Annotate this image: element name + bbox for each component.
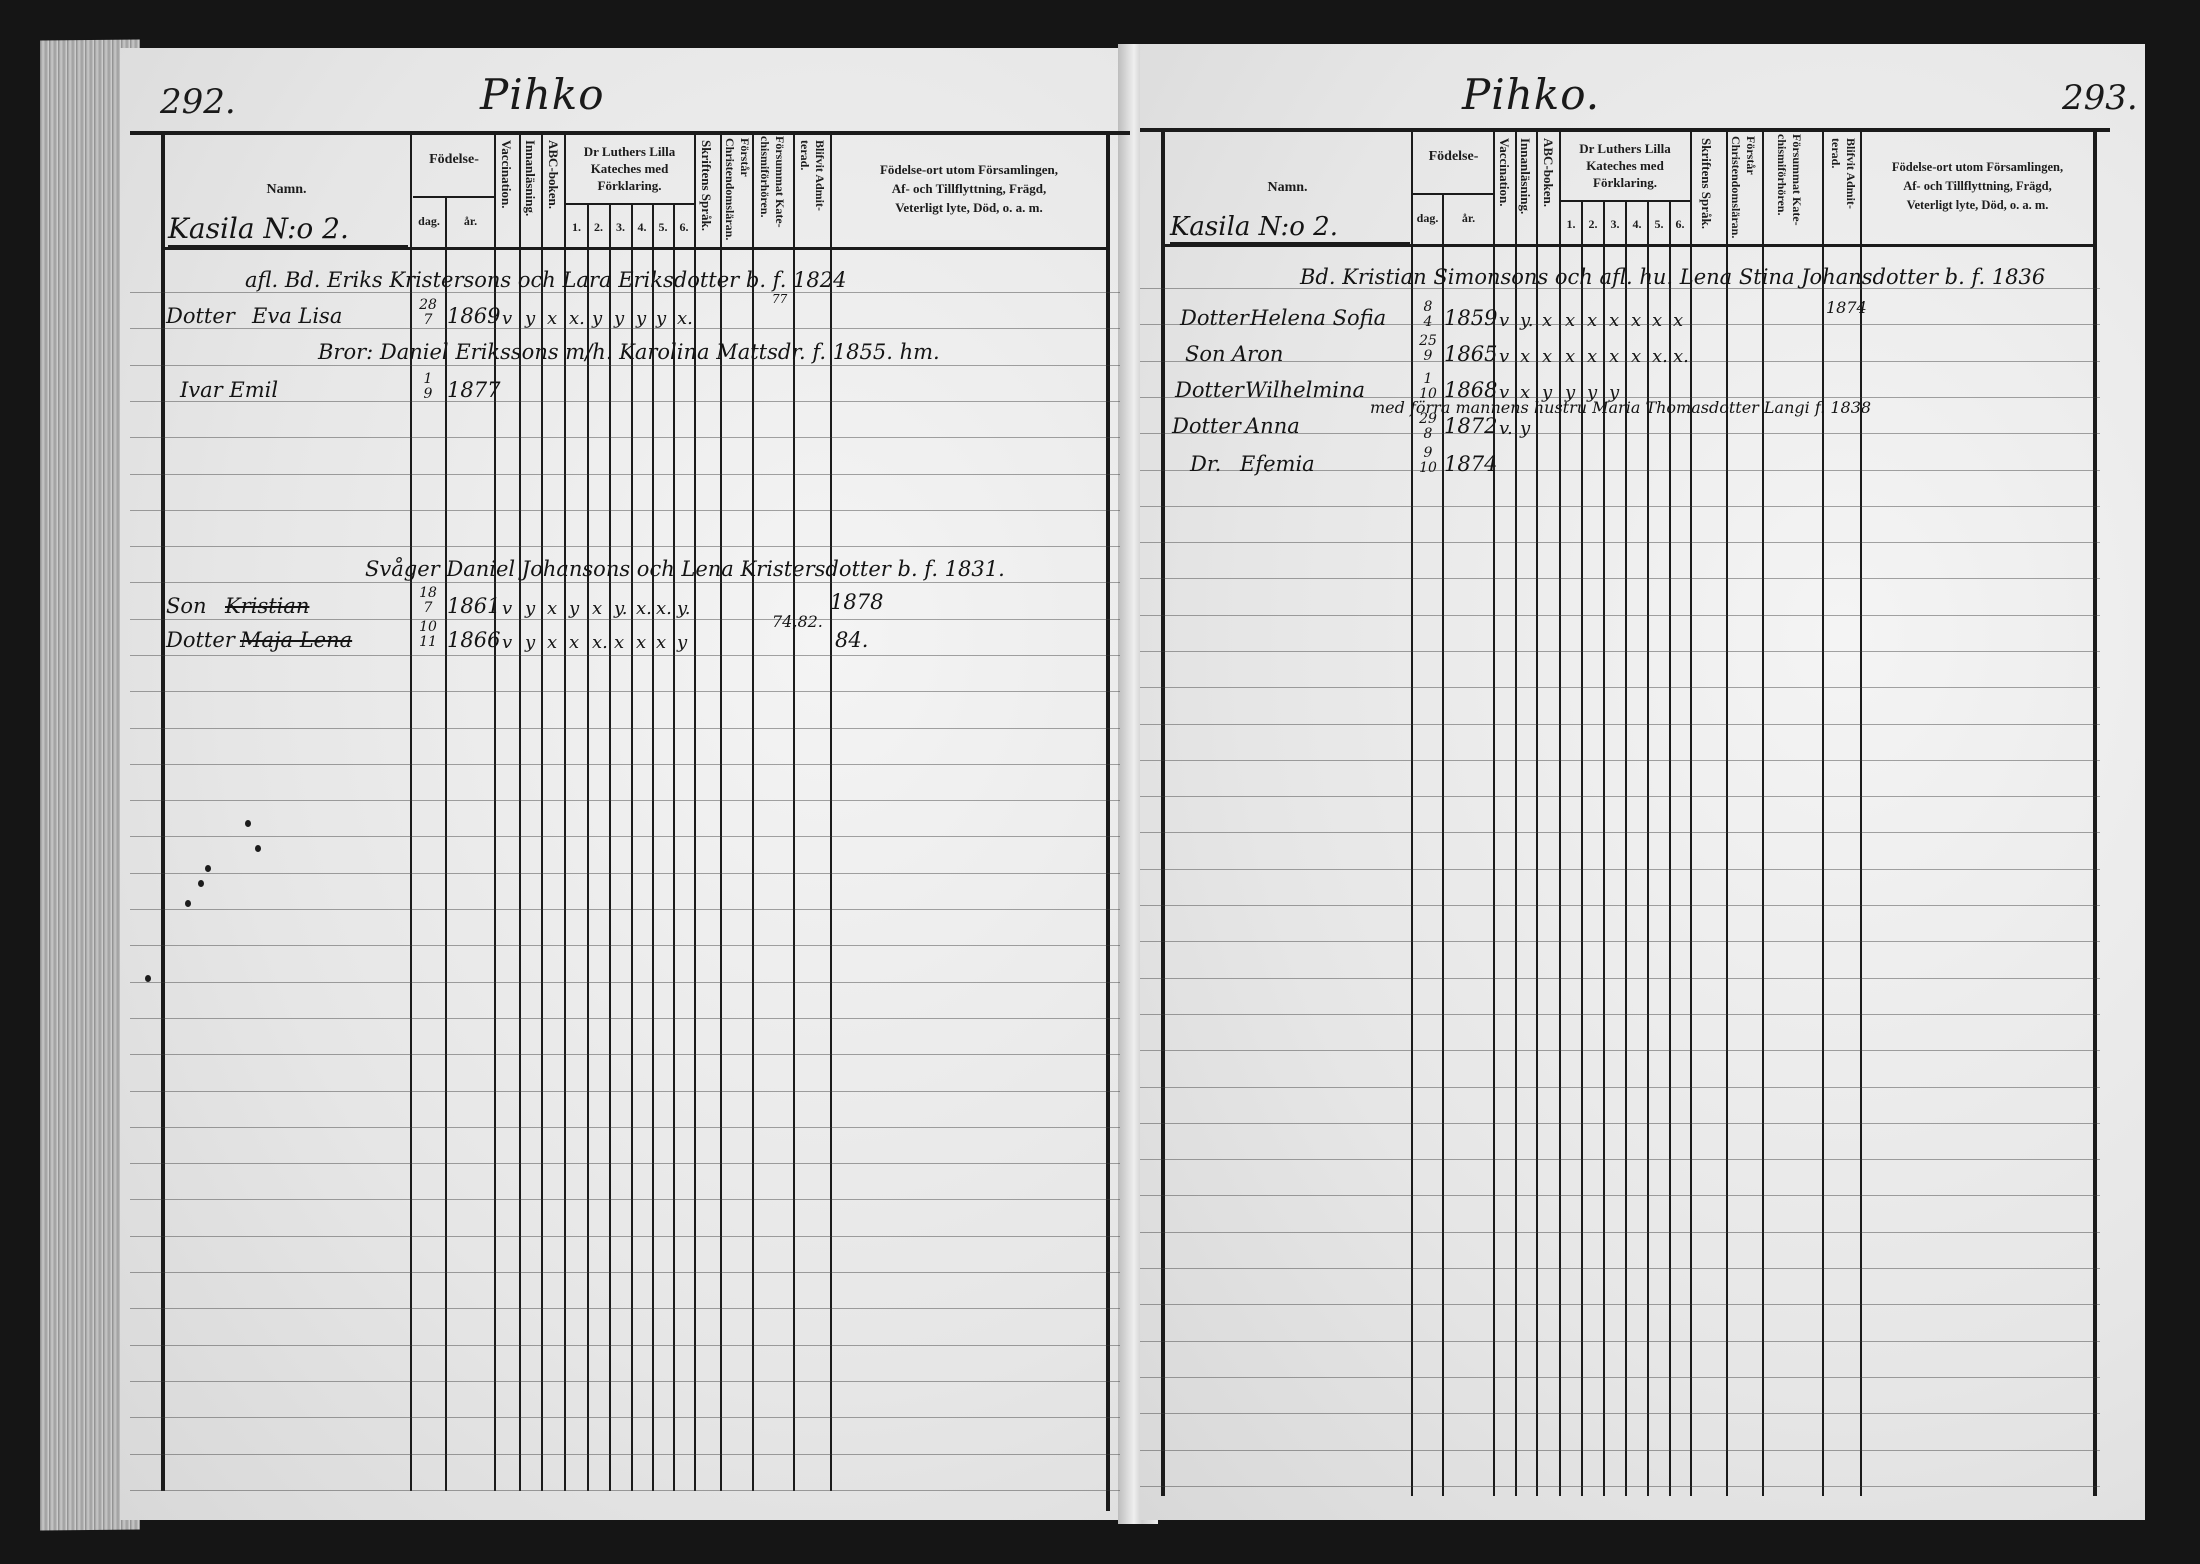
ruled-line bbox=[130, 800, 1120, 801]
entry-admitted: 1874 bbox=[1826, 298, 1867, 317]
ruled-line bbox=[1140, 724, 2100, 725]
column-line bbox=[1860, 128, 1862, 1496]
column-line bbox=[1603, 200, 1605, 1496]
entry-note: med förra mannens hustru Maria Thomasdot… bbox=[1370, 398, 1871, 417]
column-header-admitted: Blifvit Admit- terad. bbox=[1828, 138, 1858, 238]
column-header-cat-1: 1. bbox=[566, 218, 587, 237]
ruled-line bbox=[1140, 542, 2100, 543]
column-line bbox=[1690, 128, 1692, 1496]
column-header-missed: Försummat Kate- chismiförhören. bbox=[757, 136, 787, 244]
entry-birth-day: 287 bbox=[413, 298, 443, 328]
header-top-rule bbox=[130, 131, 1130, 135]
catechism-line-1: Dr Luthers Lilla bbox=[565, 143, 694, 160]
mark-reading: y bbox=[525, 632, 535, 653]
admitted-line-1: Blifvit Admit- bbox=[813, 140, 827, 211]
mark-cat-5: x. bbox=[656, 598, 672, 619]
ruled-line bbox=[1140, 796, 2100, 797]
ruled-line bbox=[1140, 869, 2100, 870]
column-header-abc: ABC-boken. bbox=[1541, 138, 1556, 238]
ruled-line bbox=[130, 1163, 1120, 1164]
column-line bbox=[1106, 131, 1110, 1511]
entry-name: Efemia bbox=[1240, 452, 1315, 476]
missed-line-2: chismiförhören. bbox=[758, 136, 772, 217]
ruled-line bbox=[130, 873, 1120, 874]
column-header-cat-2: 2. bbox=[588, 218, 609, 237]
birth-subheader-rule bbox=[1413, 193, 1494, 195]
ruled-line bbox=[1140, 1304, 2100, 1305]
column-header-cat-6: 6. bbox=[674, 218, 694, 237]
ruled-line bbox=[1140, 941, 2100, 942]
entry-name: Aron bbox=[1232, 342, 1283, 366]
mark-vaccination: v bbox=[502, 632, 512, 653]
mark-cat-5: x bbox=[656, 632, 666, 653]
mark-cat-3: x bbox=[614, 632, 624, 653]
ruled-line bbox=[1140, 1014, 2100, 1015]
admitted-line-2: terad. bbox=[798, 140, 812, 170]
column-line bbox=[2093, 128, 2097, 1496]
entry-relation: Dotter bbox=[1172, 414, 1241, 438]
entry-birth-day: 187 bbox=[413, 586, 443, 616]
column-line bbox=[161, 131, 165, 1491]
ruled-line bbox=[1140, 1268, 2100, 1269]
column-line bbox=[631, 203, 633, 1491]
mark-cat-1: x. bbox=[569, 308, 585, 329]
column-header-cat-5: 5. bbox=[653, 218, 673, 237]
missed-line-2: chismiförhören. bbox=[1775, 134, 1789, 215]
entry-admitted: 1878 bbox=[830, 590, 883, 614]
mark-cat-2: y bbox=[592, 308, 602, 329]
column-header-cat-5: 5. bbox=[1649, 215, 1669, 234]
notes-line-2: Af- och Tillflyttning, Frägd, bbox=[832, 179, 1106, 198]
column-header-reading: Innanläsning. bbox=[523, 140, 538, 240]
ruled-line bbox=[130, 437, 1120, 438]
entry-name: Kristian bbox=[225, 594, 309, 618]
ruled-line bbox=[130, 1018, 1120, 1019]
entry-name: Ivar Emil bbox=[180, 378, 278, 402]
catechism-line-3: Förklaring. bbox=[565, 177, 694, 194]
page-number: 293. bbox=[2062, 78, 2138, 118]
entry-name: Anna bbox=[1245, 414, 1300, 438]
mark-cat-6: y bbox=[677, 632, 687, 653]
ruled-line bbox=[130, 1381, 1120, 1382]
catechism-line-2: Kateches med bbox=[1560, 157, 1690, 174]
column-header-scripture-language: Skriftens Språk. bbox=[1699, 138, 1714, 242]
mark-vaccination: v bbox=[1499, 346, 1509, 367]
mark-reading: y bbox=[525, 598, 535, 619]
entry-relation: Dotter bbox=[166, 628, 235, 652]
ruled-line bbox=[130, 1345, 1120, 1346]
column-header-catechism: Dr Luthers Lilla Kateches med Förklaring… bbox=[1560, 140, 1690, 191]
entry-birth-day: 1011 bbox=[413, 620, 443, 650]
ruled-line bbox=[130, 365, 1120, 366]
ruled-line bbox=[130, 582, 1120, 583]
column-line bbox=[1669, 200, 1671, 1496]
column-line bbox=[1762, 128, 1764, 1496]
entry-relation: Dotter bbox=[1175, 378, 1244, 402]
mark-cat-2: x bbox=[592, 598, 602, 619]
mark-cat-1: y bbox=[569, 598, 579, 619]
mark-abc: x bbox=[547, 308, 557, 329]
column-line bbox=[694, 131, 696, 1491]
ruled-line bbox=[1140, 506, 2100, 507]
column-header-scripture-language: Skriftens Språk. bbox=[699, 140, 714, 244]
column-header-vaccination: Vaccination. bbox=[499, 140, 514, 240]
mark-cat-1: x bbox=[1565, 346, 1575, 367]
notes-line-2: Af- och Tillflyttning, Frägd, bbox=[1862, 177, 2093, 196]
ruled-line bbox=[130, 909, 1120, 910]
ruled-line bbox=[130, 510, 1120, 511]
column-header-name: Namn. bbox=[1164, 178, 1411, 197]
catechism-line-3: Förklaring. bbox=[1560, 174, 1690, 191]
ruled-line bbox=[130, 1199, 1120, 1200]
mark-cat-6: x. bbox=[677, 308, 693, 329]
ruled-line bbox=[130, 474, 1120, 475]
ruled-line bbox=[130, 619, 1120, 620]
header-bottom-rule bbox=[1164, 244, 2094, 247]
column-header-cat-4: 4. bbox=[1627, 215, 1647, 234]
ink-blot bbox=[205, 865, 211, 872]
column-line bbox=[793, 131, 795, 1491]
entry-name: Maja Lena bbox=[240, 628, 352, 652]
column-line bbox=[564, 131, 566, 1491]
column-line bbox=[830, 131, 832, 1491]
column-line bbox=[1625, 200, 1627, 1496]
mark-cat-4: x bbox=[1631, 310, 1641, 331]
ruled-line bbox=[1140, 760, 2100, 761]
column-line bbox=[1726, 128, 1728, 1496]
ruled-line bbox=[1140, 1341, 2100, 1342]
entry-name: Helena Sofia bbox=[1250, 306, 1386, 330]
mark-cat-3: x bbox=[1609, 346, 1619, 367]
admitted-line-2: terad. bbox=[1829, 138, 1843, 168]
admitted-line-1: Blifvit Admit- bbox=[1844, 138, 1858, 209]
column-header-understands: Förstår Christendomsläran. bbox=[1730, 136, 1758, 242]
notes-line-1: Födelse-ort utom Församlingen, bbox=[1862, 158, 2093, 177]
ruled-line bbox=[130, 728, 1120, 729]
entry-name: Wilhelmina bbox=[1245, 378, 1365, 402]
mark-reading: y bbox=[1520, 418, 1530, 439]
column-header-name: Namn. bbox=[163, 180, 410, 199]
column-header-cat-3: 3. bbox=[1605, 215, 1625, 234]
column-line bbox=[1515, 128, 1517, 1496]
mark-abc: x bbox=[1542, 346, 1552, 367]
header-bottom-rule bbox=[163, 247, 1106, 250]
mark-cat-4: x bbox=[636, 632, 646, 653]
ruled-line bbox=[130, 1127, 1120, 1128]
column-line bbox=[1493, 128, 1495, 1496]
mark-cat-3: y bbox=[614, 308, 624, 329]
entry-birth-day: 19 bbox=[413, 372, 443, 402]
column-header-notes: Födelse-ort utom Församlingen, Af- och T… bbox=[1862, 158, 2093, 215]
column-line bbox=[673, 203, 675, 1491]
column-header-catechism: Dr Luthers Lilla Kateches med Förklaring… bbox=[565, 143, 694, 194]
column-header-birth: Födelse- bbox=[413, 150, 495, 169]
column-line bbox=[1822, 128, 1824, 1496]
ruled-line bbox=[1140, 1050, 2100, 1051]
column-line bbox=[1581, 200, 1583, 1496]
column-header-birth: Födelse- bbox=[1413, 147, 1494, 166]
mark-cat-5: x bbox=[1652, 310, 1662, 331]
entry-relation: Son bbox=[1185, 342, 1226, 366]
ruled-line bbox=[1140, 1486, 2100, 1487]
ruled-line bbox=[130, 1308, 1120, 1309]
mark-cat-1: x bbox=[569, 632, 579, 653]
ruled-line bbox=[1140, 615, 2100, 616]
mark-reading: y. bbox=[1520, 310, 1534, 331]
mark-cat-5: y bbox=[656, 308, 666, 329]
entry-birth-year: 1865 bbox=[1444, 342, 1497, 366]
ruled-line bbox=[130, 292, 1120, 293]
entry-birth-year: 1872 bbox=[1444, 414, 1497, 438]
column-line bbox=[720, 131, 722, 1491]
column-header-cat-6: 6. bbox=[1670, 215, 1690, 234]
column-line bbox=[587, 203, 589, 1491]
entry-admitted: 84. bbox=[835, 628, 868, 652]
column-header-notes: Födelse-ort utom Församlingen, Af- och T… bbox=[832, 160, 1106, 217]
ruled-line bbox=[1140, 1450, 2100, 1451]
farm-name: Kasila N:o 2. bbox=[168, 212, 408, 247]
ink-blot bbox=[145, 975, 151, 982]
mark-cat-5: x. bbox=[1652, 346, 1668, 367]
entry-birth-year: 1859 bbox=[1444, 306, 1497, 330]
mark-reading: x bbox=[1520, 346, 1530, 367]
ruled-line bbox=[130, 1236, 1120, 1237]
ink-blot bbox=[198, 880, 204, 887]
column-header-reading: Innanläsning. bbox=[1518, 138, 1533, 238]
column-line bbox=[1559, 128, 1561, 1496]
column-header-year: år. bbox=[1444, 209, 1493, 228]
birth-subheader-rule bbox=[413, 196, 495, 198]
mark-cat-4: y bbox=[636, 308, 646, 329]
column-line bbox=[519, 131, 521, 1491]
ruled-line bbox=[130, 328, 1120, 329]
column-header-day: dag. bbox=[1413, 209, 1442, 228]
notes-line-3: Veterligt lyte, Död, o. a. m. bbox=[1862, 196, 2093, 215]
mark-cat-6: y. bbox=[677, 598, 691, 619]
ruled-line bbox=[1140, 832, 2100, 833]
ruled-line bbox=[1140, 687, 2100, 688]
ruled-line bbox=[130, 764, 1120, 765]
ink-blot bbox=[255, 845, 261, 852]
entry-household-head: afl. Bd. Eriks Kristersons och Lara Erik… bbox=[245, 268, 847, 292]
column-line bbox=[1161, 128, 1165, 1496]
mark-cat-4: x bbox=[1631, 346, 1641, 367]
mark-cat-6: x. bbox=[1673, 346, 1689, 367]
column-header-cat-1: 1. bbox=[1561, 215, 1581, 234]
page-number: 292. bbox=[160, 82, 236, 122]
ruled-line bbox=[130, 836, 1120, 837]
column-header-cat-3: 3. bbox=[610, 218, 631, 237]
entry-relation: Dr. bbox=[1190, 452, 1221, 476]
mark-cat-6: x bbox=[1673, 310, 1683, 331]
mark-reading: y bbox=[525, 308, 535, 329]
entry-name: Eva Lisa bbox=[252, 304, 342, 328]
mark-cat-3: y. bbox=[614, 598, 628, 619]
ruled-line bbox=[1140, 905, 2100, 906]
column-header-understands: Förstår Christendomsläran. bbox=[724, 138, 752, 244]
ruled-line bbox=[1140, 1087, 2100, 1088]
entry-birth-day: 910 bbox=[1413, 446, 1443, 476]
column-line bbox=[652, 203, 654, 1491]
ruled-line bbox=[130, 982, 1120, 983]
ruled-line bbox=[130, 1091, 1120, 1092]
farm-name: Kasila N:o 2. bbox=[1170, 212, 1410, 244]
column-header-admitted: Blifvit Admit- terad. bbox=[797, 140, 827, 240]
header-top-rule bbox=[1140, 128, 2110, 132]
mark-cat-2: x bbox=[1587, 310, 1597, 331]
missed-line-1: Försummat Kate- bbox=[773, 136, 787, 228]
ruled-line bbox=[130, 1490, 1120, 1491]
mark-vaccination: v bbox=[502, 598, 512, 619]
mark-vaccination: v bbox=[502, 308, 512, 329]
entry-household-head: Bd. Kristian Simonsons och afl. hu. Lena… bbox=[1300, 265, 2045, 289]
ruled-line bbox=[1140, 361, 2100, 362]
column-header-day: dag. bbox=[413, 212, 445, 231]
ruled-line bbox=[130, 691, 1120, 692]
entry-household-note: Bror: Daniel Erikssons m/h. Karolina Mat… bbox=[318, 340, 940, 364]
column-line bbox=[752, 131, 754, 1491]
mark-vaccination: v bbox=[1499, 310, 1509, 331]
ruled-line bbox=[130, 1054, 1120, 1055]
mark-abc: x bbox=[1542, 310, 1552, 331]
column-header-year: år. bbox=[447, 212, 494, 231]
mark-cat-4: x. bbox=[636, 598, 652, 619]
ink-blot bbox=[185, 900, 191, 907]
notes-line-1: Födelse-ort utom Församlingen, bbox=[832, 160, 1106, 179]
ink-blot bbox=[245, 820, 251, 827]
entry-annotation: 77 bbox=[772, 292, 787, 306]
column-line bbox=[541, 131, 543, 1491]
column-line bbox=[1647, 200, 1649, 1496]
mark-cat-2: x. bbox=[592, 632, 608, 653]
entry-birth-day: 84 bbox=[1413, 300, 1443, 330]
entry-relation: Son bbox=[166, 594, 207, 618]
entry-birth-year: 1874 bbox=[1444, 452, 1497, 476]
column-line bbox=[1536, 128, 1538, 1496]
ruled-line bbox=[1140, 1377, 2100, 1378]
ruled-line bbox=[1140, 651, 2100, 652]
ruled-line bbox=[1140, 1159, 2100, 1160]
entry-household-head: Svåger Daniel Johansons och Lena Krister… bbox=[365, 557, 1005, 581]
parish-title: Pihko. bbox=[1462, 70, 1600, 119]
entry-birth-year: 1861 bbox=[447, 594, 500, 618]
ruled-line bbox=[1140, 1195, 2100, 1196]
column-header-abc: ABC-boken. bbox=[546, 140, 561, 240]
column-line bbox=[609, 203, 611, 1491]
catechism-line-1: Dr Luthers Lilla bbox=[1560, 140, 1690, 157]
ruled-line bbox=[1140, 1232, 2100, 1233]
column-header-cat-4: 4. bbox=[632, 218, 652, 237]
entry-birth-year: 1869 bbox=[447, 304, 500, 328]
notes-line-3: Veterligt lyte, Död, o. a. m. bbox=[832, 198, 1106, 217]
mark-cat-2: x bbox=[1587, 346, 1597, 367]
ruled-line bbox=[130, 1417, 1120, 1418]
ruled-line bbox=[130, 1272, 1120, 1273]
column-header-cat-2: 2. bbox=[1583, 215, 1603, 234]
entry-missed: 74,82. bbox=[772, 612, 823, 631]
column-line bbox=[410, 131, 412, 1491]
entry-birth-year: 1866 bbox=[447, 628, 500, 652]
mark-abc: x bbox=[547, 632, 557, 653]
ruled-line bbox=[130, 546, 1120, 547]
parish-title: Pihko bbox=[480, 70, 604, 119]
ruled-line bbox=[1140, 578, 2100, 579]
ruled-line bbox=[1140, 1123, 2100, 1124]
ruled-line bbox=[130, 945, 1120, 946]
ruled-line bbox=[130, 1454, 1120, 1455]
missed-line-1: Försummat Kate- bbox=[1790, 134, 1804, 226]
ruled-line bbox=[130, 655, 1120, 656]
ruled-line bbox=[1140, 1413, 2100, 1414]
entry-birth-year: 1877 bbox=[447, 378, 500, 402]
ruled-line bbox=[130, 401, 1120, 402]
entry-relation: Dotter bbox=[1180, 306, 1249, 330]
column-line bbox=[494, 131, 496, 1491]
mark-cat-1: x bbox=[1565, 310, 1575, 331]
column-header-vaccination: Vaccination. bbox=[1497, 138, 1512, 238]
column-header-missed: Försummat Kate- chismiförhören. bbox=[1774, 134, 1804, 242]
mark-cat-3: x bbox=[1609, 310, 1619, 331]
entry-birth-day: 259 bbox=[1413, 334, 1443, 364]
catechism-line-2: Kateches med bbox=[565, 160, 694, 177]
entry-relation: Dotter bbox=[166, 304, 235, 328]
ruled-line bbox=[1140, 978, 2100, 979]
mark-abc: x bbox=[547, 598, 557, 619]
mark-vaccination: v. bbox=[1499, 418, 1513, 439]
